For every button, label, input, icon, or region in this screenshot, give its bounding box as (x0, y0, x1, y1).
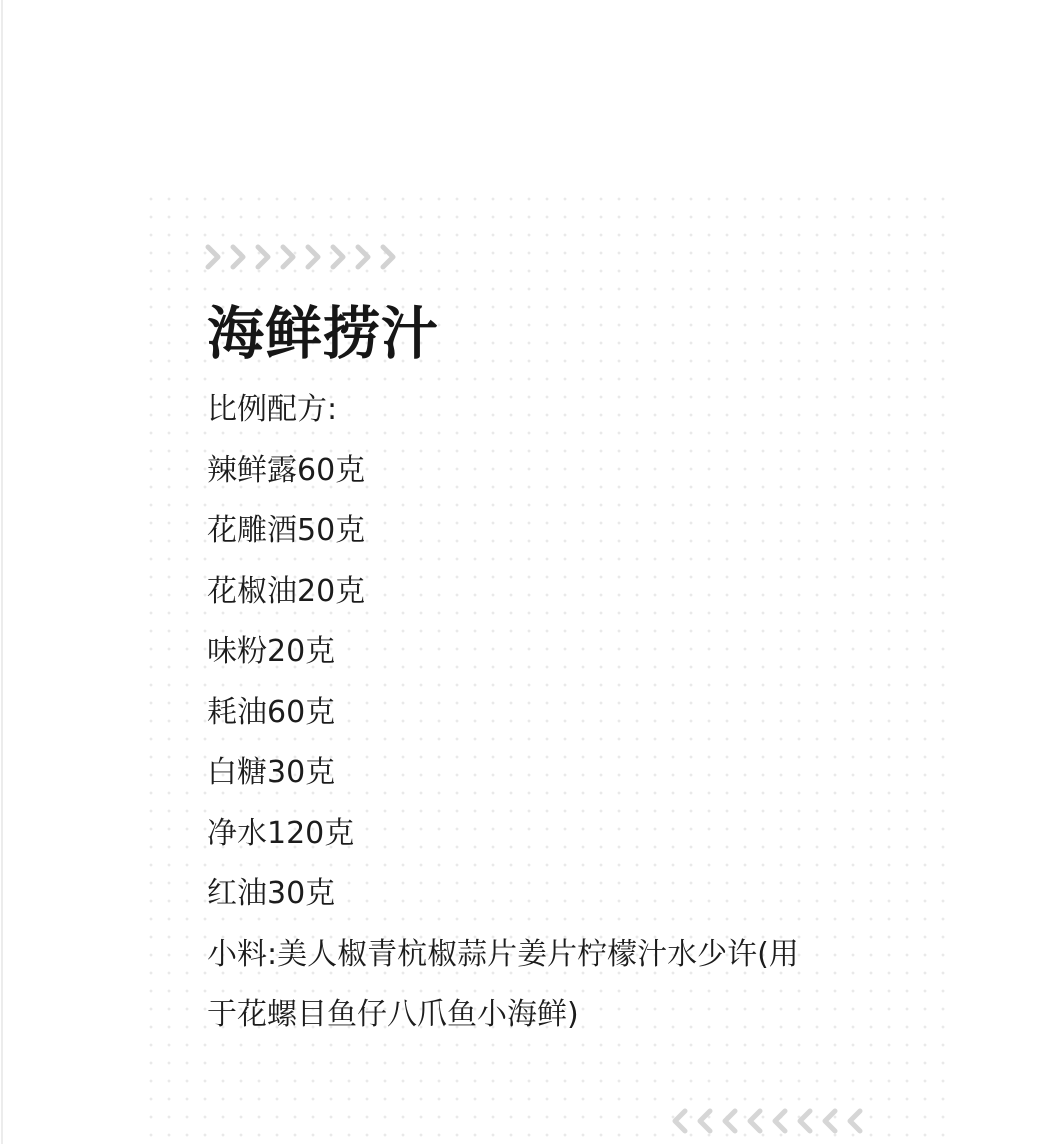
recipe-title: 海鲜捞汁 (207, 296, 907, 372)
ingredient-item: 红油30克 (207, 864, 907, 925)
chevron-left-icon (797, 1108, 813, 1134)
chevron-right-icon (255, 244, 271, 270)
ingredient-item: 白糖30克 (207, 743, 907, 804)
bottom-chevron-decoration (672, 1108, 863, 1134)
ingredient-item: 花椒油20克 (207, 562, 907, 623)
ratio-label: 比例配方: (207, 380, 907, 441)
chevron-right-icon (355, 244, 371, 270)
chevron-left-icon (772, 1108, 788, 1134)
chevron-left-icon (697, 1108, 713, 1134)
chevron-left-icon (722, 1108, 738, 1134)
chevron-left-icon (822, 1108, 838, 1134)
extras-line-continued: 于花螺目鱼仔八爪鱼小海鲜) (207, 985, 907, 1046)
page-left-border (1, 0, 3, 1144)
chevron-left-icon (672, 1108, 688, 1134)
recipe-card: 海鲜捞汁 比例配方: 辣鲜露60克 花雕酒50克 花椒油20克 味粉20克 耗油… (207, 296, 907, 1046)
chevron-right-icon (330, 244, 346, 270)
chevron-right-icon (305, 244, 321, 270)
chevron-right-icon (230, 244, 246, 270)
chevron-right-icon (280, 244, 296, 270)
ingredient-item: 耗油60克 (207, 683, 907, 744)
ingredient-item: 味粉20克 (207, 622, 907, 683)
top-chevron-decoration (205, 244, 396, 270)
ingredient-item: 净水120克 (207, 804, 907, 865)
ingredient-item: 辣鲜露60克 (207, 441, 907, 502)
chevron-left-icon (747, 1108, 763, 1134)
ingredient-item: 花雕酒50克 (207, 501, 907, 562)
chevron-right-icon (205, 244, 221, 270)
chevron-right-icon (380, 244, 396, 270)
extras-line: 小料:美人椒青杭椒蒜片姜片柠檬汁水少许(用 (207, 925, 907, 986)
chevron-left-icon (847, 1108, 863, 1134)
